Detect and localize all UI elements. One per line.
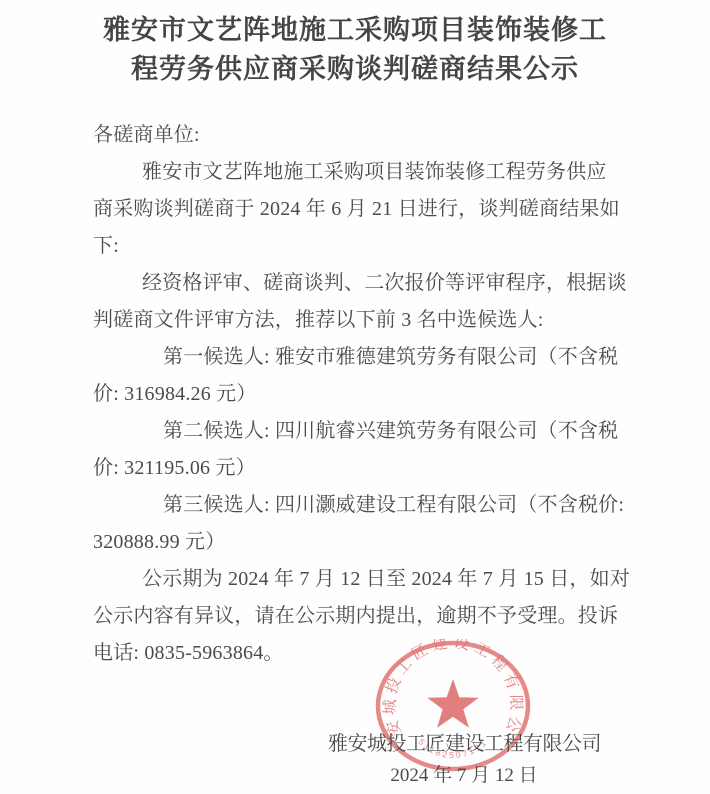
candidate-2-line-1: 第二候选人: 四川航睿兴建筑劳务有限公司（不含税 (93, 413, 615, 450)
intro-line-3: 下: (93, 228, 615, 265)
document-title-line1: 雅安市文艺阵地施工采购项目装饰装修工 (0, 11, 710, 50)
document-body: 各磋商单位: 雅安市文艺阵地施工采购项目装饰装修工程劳务供应 商采购谈判磋商于 … (93, 117, 615, 672)
candidate-1-line-1: 第一候选人: 雅安市雅德建筑劳务有限公司（不含税 (93, 339, 615, 376)
procedure-line-2: 判磋商文件评审方法，推荐以下前 3 名中选候选人: (93, 302, 615, 339)
publicity-period-line-2: 公示内容有异议，请在公示期内提出，逾期不予受理。投诉 (93, 598, 615, 635)
document-page: 雅安市文艺阵地施工采购项目装饰装修工 程劳务供应商采购谈判磋商结果公示 各磋商单… (0, 0, 710, 794)
signature-date: 2024 年 7 月 12 日 (328, 763, 600, 789)
complaint-phone-line: 电话: 0835-5963864。 (93, 635, 615, 672)
svg-text:雅安城投工匠建设工程有限公司: 雅安城投工匠建设工程有限公司 (372, 639, 525, 739)
procedure-line-1: 经资格评审、磋商谈判、二次报价等评审程序，根据谈 (93, 265, 615, 302)
star-icon (427, 679, 478, 728)
intro-line-1: 雅安市文艺阵地施工采购项目装饰装修工程劳务供应 (93, 154, 615, 191)
publicity-period-line-1: 公示期为 2024 年 7 月 12 日至 2024 年 7 月 15 日，如对 (93, 561, 615, 598)
candidate-1-line-2: 价: 316984.26 元） (93, 376, 615, 413)
signature-company: 雅安城投工匠建设工程有限公司 (328, 731, 600, 757)
salutation-line: 各磋商单位: (93, 117, 615, 154)
candidate-3-line-2: 320888.99 元） (93, 524, 615, 561)
document-title-line2: 程劳务供应商采购谈判磋商结果公示 (0, 50, 710, 89)
signature-block: 雅安城投工匠建设工程有限公司 2024 年 7 月 12 日 (328, 731, 600, 789)
candidate-2-line-2: 价: 321195.06 元） (93, 450, 615, 487)
seal-company-text: 雅安城投工匠建设工程有限公司 (372, 639, 525, 739)
candidate-3-line-1: 第三候选人: 四川灏威建设工程有限公司（不含税价: (93, 487, 615, 524)
document-title: 雅安市文艺阵地施工采购项目装饰装修工 程劳务供应商采购谈判磋商结果公示 (0, 11, 710, 89)
intro-line-2: 商采购谈判磋商于 2024 年 6 月 21 日进行，谈判磋商结果如 (93, 191, 615, 228)
